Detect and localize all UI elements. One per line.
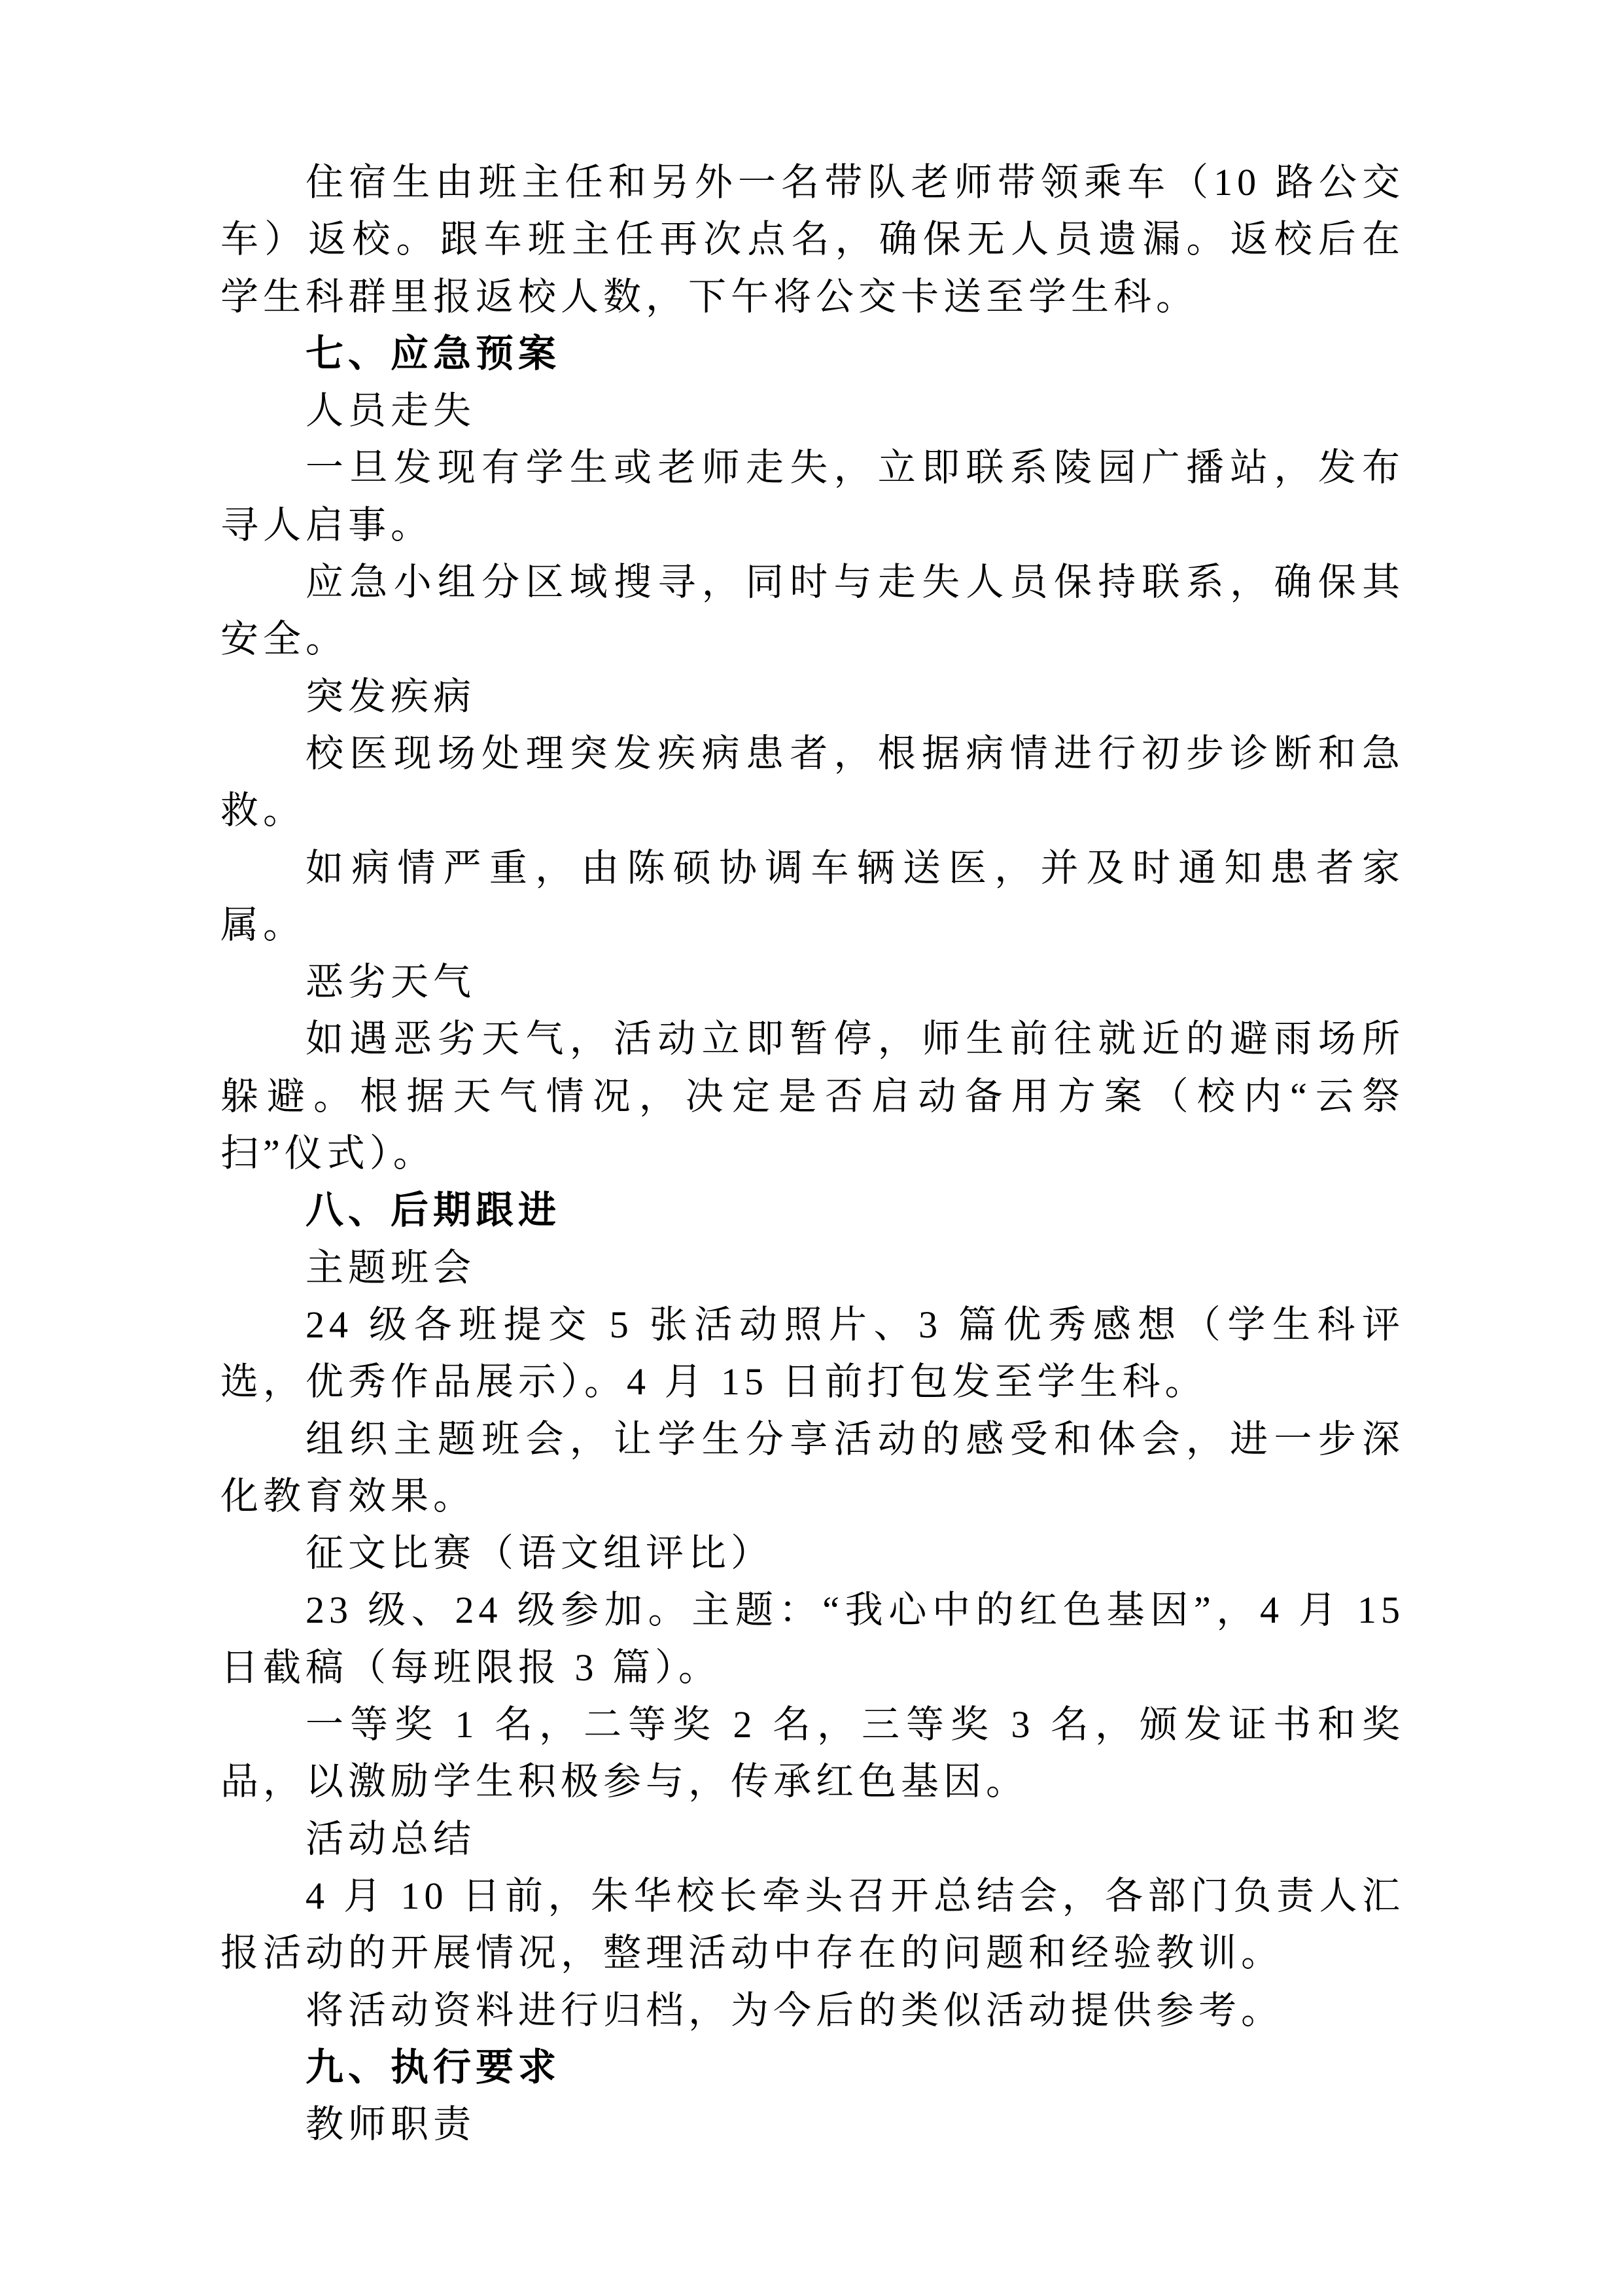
paragraph: 一等奖 1 名，二等奖 2 名，三等奖 3 名，颁发证书和奖品，以激励学生积极参… — [220, 1696, 1405, 1810]
section-heading: 七、应急预案 — [220, 325, 1405, 382]
paragraph: 突发疾病 — [220, 668, 1405, 725]
document-body: 住宿生由班主任和另外一名带队老师带领乘车（10 路公交车）返校。跟车班主任再次点… — [0, 0, 1623, 2296]
paragraph: 恶劣天气 — [220, 953, 1405, 1010]
paragraph: 教师职责 — [220, 2096, 1405, 2153]
section-heading: 八、后期跟进 — [220, 1182, 1405, 1239]
paragraph: 如遇恶劣天气，活动立即暂停，师生前往就近的避雨场所躲避。根据天气情况，决定是否启… — [220, 1010, 1405, 1182]
section-heading: 九、执行要求 — [220, 2039, 1405, 2096]
paragraph: 如病情严重，由陈硕协调车辆送医，并及时通知患者家属。 — [220, 839, 1405, 954]
paragraph: 主题班会 — [220, 1239, 1405, 1296]
paragraph: 23 级、24 级参加。主题：“我心中的红色基因”，4 月 15 日截稿（每班限… — [220, 1581, 1405, 1696]
paragraph: 人员走失 — [220, 382, 1405, 439]
document-page: 住宿生由班主任和另外一名带队老师带领乘车（10 路公交车）返校。跟车班主任再次点… — [0, 0, 1623, 2296]
paragraph: 24 级各班提交 5 张活动照片、3 篇优秀感想（学生科评选，优秀作品展示）。4… — [220, 1296, 1405, 1411]
paragraph: 住宿生由班主任和另外一名带队老师带领乘车（10 路公交车）返校。跟车班主任再次点… — [220, 154, 1405, 325]
paragraph: 活动总结 — [220, 1810, 1405, 1867]
paragraph: 校医现场处理突发疾病患者，根据病情进行初步诊断和急救。 — [220, 725, 1405, 839]
paragraph: 4 月 10 日前，朱华校长牵头召开总结会，各部门负责人汇报活动的开展情况，整理… — [220, 1867, 1405, 1982]
paragraph: 一旦发现有学生或老师走失，立即联系陵园广播站，发布寻人启事。 — [220, 439, 1405, 554]
paragraph: 应急小组分区域搜寻，同时与走失人员保持联系，确保其安全。 — [220, 554, 1405, 668]
paragraph: 组织主题班会，让学生分享活动的感受和体会，进一步深化教育效果。 — [220, 1411, 1405, 1525]
paragraph: 将活动资料进行归档，为今后的类似活动提供参考。 — [220, 1982, 1405, 2039]
paragraph: 征文比赛（语文组评比） — [220, 1525, 1405, 1581]
